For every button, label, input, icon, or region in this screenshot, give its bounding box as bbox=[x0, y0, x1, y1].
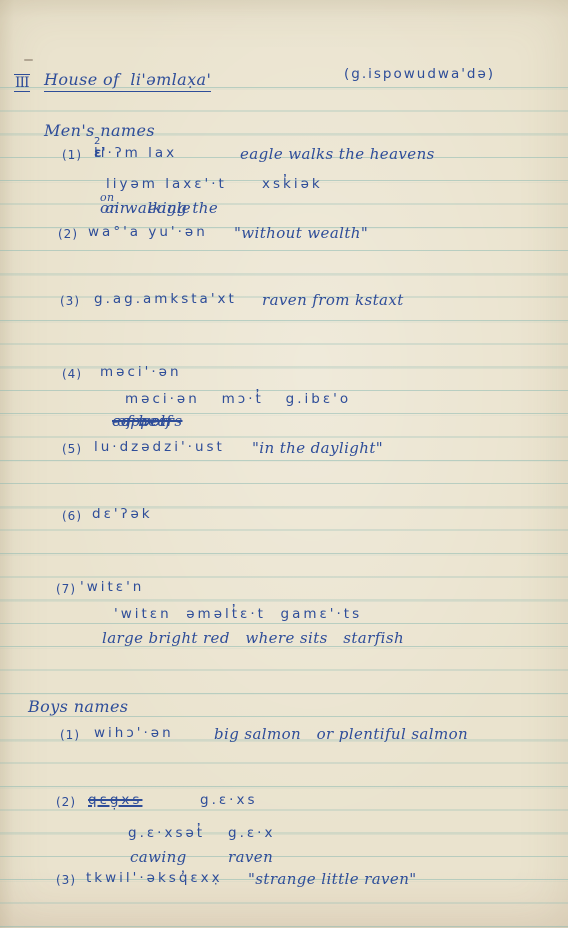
boys-entry-3: (3) tkwil'·əksq̓ɛxx̣ "strange little rav… bbox=[0, 870, 568, 894]
entry-gloss: eagle walks the heavens bbox=[240, 145, 435, 163]
entry-gloss: "in the daylight" bbox=[252, 439, 383, 457]
mens-entry-7-subline: 'witɛn əməlt̓ɛ·t gamɛ'·ts bbox=[0, 606, 568, 630]
entry-number: (1) bbox=[62, 148, 82, 162]
boys-entry-2-subline: g.ɛ·xsət̓ g.ɛ·x bbox=[0, 825, 568, 849]
entry-name: wihɔ'·ən bbox=[94, 725, 174, 741]
mens-entry-1: (1) li·ʔm laxɛ'2 eagle walks the heavens bbox=[0, 145, 568, 169]
entry-name: dɛ'ʔək bbox=[92, 506, 153, 522]
entry-number: (5) bbox=[62, 442, 82, 456]
boys-entry-2: (2) qɛg̣xs g.ɛ·xs bbox=[0, 792, 568, 816]
entry-gloss: "strange little raven" bbox=[248, 870, 417, 888]
superscript-mark: 2 bbox=[94, 136, 100, 147]
entry-number: (1) bbox=[60, 728, 80, 742]
mens-section-heading: Men's names bbox=[0, 121, 568, 145]
mens-entry-2: (2) wa°'a yu'·ən "without wealth" bbox=[0, 224, 568, 248]
entry-subgloss: cawing bbox=[130, 848, 187, 866]
boys-entry-2-gloss-line: cawing raven bbox=[0, 848, 568, 872]
boys-section-heading: Boys names bbox=[0, 697, 568, 721]
entry-subgloss: large bright red where sits starfish bbox=[102, 629, 404, 647]
entry-name: wa°'a yu'·ən bbox=[88, 224, 208, 240]
page-header: III House of li'əmlax̣a' (g.ispowudwa'də… bbox=[0, 70, 568, 94]
mens-entry-6: (6) dɛ'ʔək bbox=[0, 506, 568, 530]
entry-number: (3) bbox=[56, 873, 76, 887]
entry-subgloss-2: raven bbox=[228, 848, 273, 866]
entry-gloss: raven from kstaxt bbox=[262, 291, 404, 309]
section-heading-label: Boys names bbox=[28, 697, 128, 716]
entry-name-variant: 'witɛn əməlt̓ɛ·t gamɛ'·ts bbox=[114, 606, 362, 622]
mens-entry-3: (3) g.ag.amksta'xt raven from kstaxt bbox=[0, 291, 568, 315]
mens-entry-7: (7) 'witɛ'n bbox=[0, 579, 568, 603]
entry-name-variant-2: g.ɛ·x bbox=[228, 825, 275, 841]
boys-entry-1: (1) wihɔ'·ən big salmon or plentiful sal… bbox=[0, 725, 568, 749]
entry-name-variant: g.ɛ·xsət̓ bbox=[128, 825, 205, 841]
entry-gloss: big salmon or plentiful salmon bbox=[214, 725, 468, 743]
entry-name-variant-2: xsk̓iək bbox=[262, 176, 323, 192]
entry-name: tkwil'·əksq̓ɛxx̣ bbox=[86, 870, 223, 886]
entry-name: 'witɛ'n bbox=[80, 579, 144, 595]
entry-number: (2) bbox=[58, 227, 78, 241]
entry-gloss: "without wealth" bbox=[234, 224, 368, 242]
entry-number: (4) bbox=[62, 367, 82, 381]
overwritten-letter: ɛ' bbox=[94, 145, 106, 161]
entry-name-variant: məci·ən mɔ·t̓ g.ibɛ'o bbox=[125, 391, 351, 407]
pencil-mark bbox=[24, 59, 33, 61]
entry-name: məci'·ən bbox=[100, 364, 182, 380]
entry-subgloss: on walking theon air eagle bbox=[100, 199, 105, 217]
entry-name: lu·dzədzi'·ust bbox=[94, 439, 225, 455]
mens-entry-1-gloss-line: on walking theon air eagle bbox=[0, 199, 568, 223]
clan-annotation: (g.ispowudwa'də) bbox=[344, 66, 495, 82]
mens-entry-4: (4) məci'·ən bbox=[0, 364, 568, 388]
section-numeral: III bbox=[14, 74, 30, 92]
mens-entry-5: (5) lu·dzədzi'·ust "in the daylight" bbox=[0, 439, 568, 463]
mens-entry-4-gloss-line: copper earbears of wolf bbox=[0, 412, 568, 436]
notebook-page: III House of li'əmlax̣a' (g.ispowudwa'də… bbox=[0, 0, 568, 928]
entry-number: (2) bbox=[56, 795, 76, 809]
entry-name: g.ag.amksta'xt bbox=[94, 291, 237, 307]
mens-entry-1-subline: liyəm laxɛ'·t xsk̓iək bbox=[0, 176, 568, 200]
page-title: House of li'əmlax̣a' bbox=[44, 70, 211, 92]
entry-number: (3) bbox=[60, 294, 80, 308]
entry-name-variant: liyəm laxɛ'·t bbox=[106, 176, 227, 192]
entry-name: g.ɛ·xs bbox=[200, 792, 257, 808]
entry-number: (6) bbox=[62, 509, 82, 523]
crossed-out-name: qɛg̣xs bbox=[88, 792, 142, 808]
mens-entry-7-gloss-line: large bright red where sits starfish bbox=[0, 629, 568, 653]
entry-number: (7) bbox=[56, 582, 76, 596]
